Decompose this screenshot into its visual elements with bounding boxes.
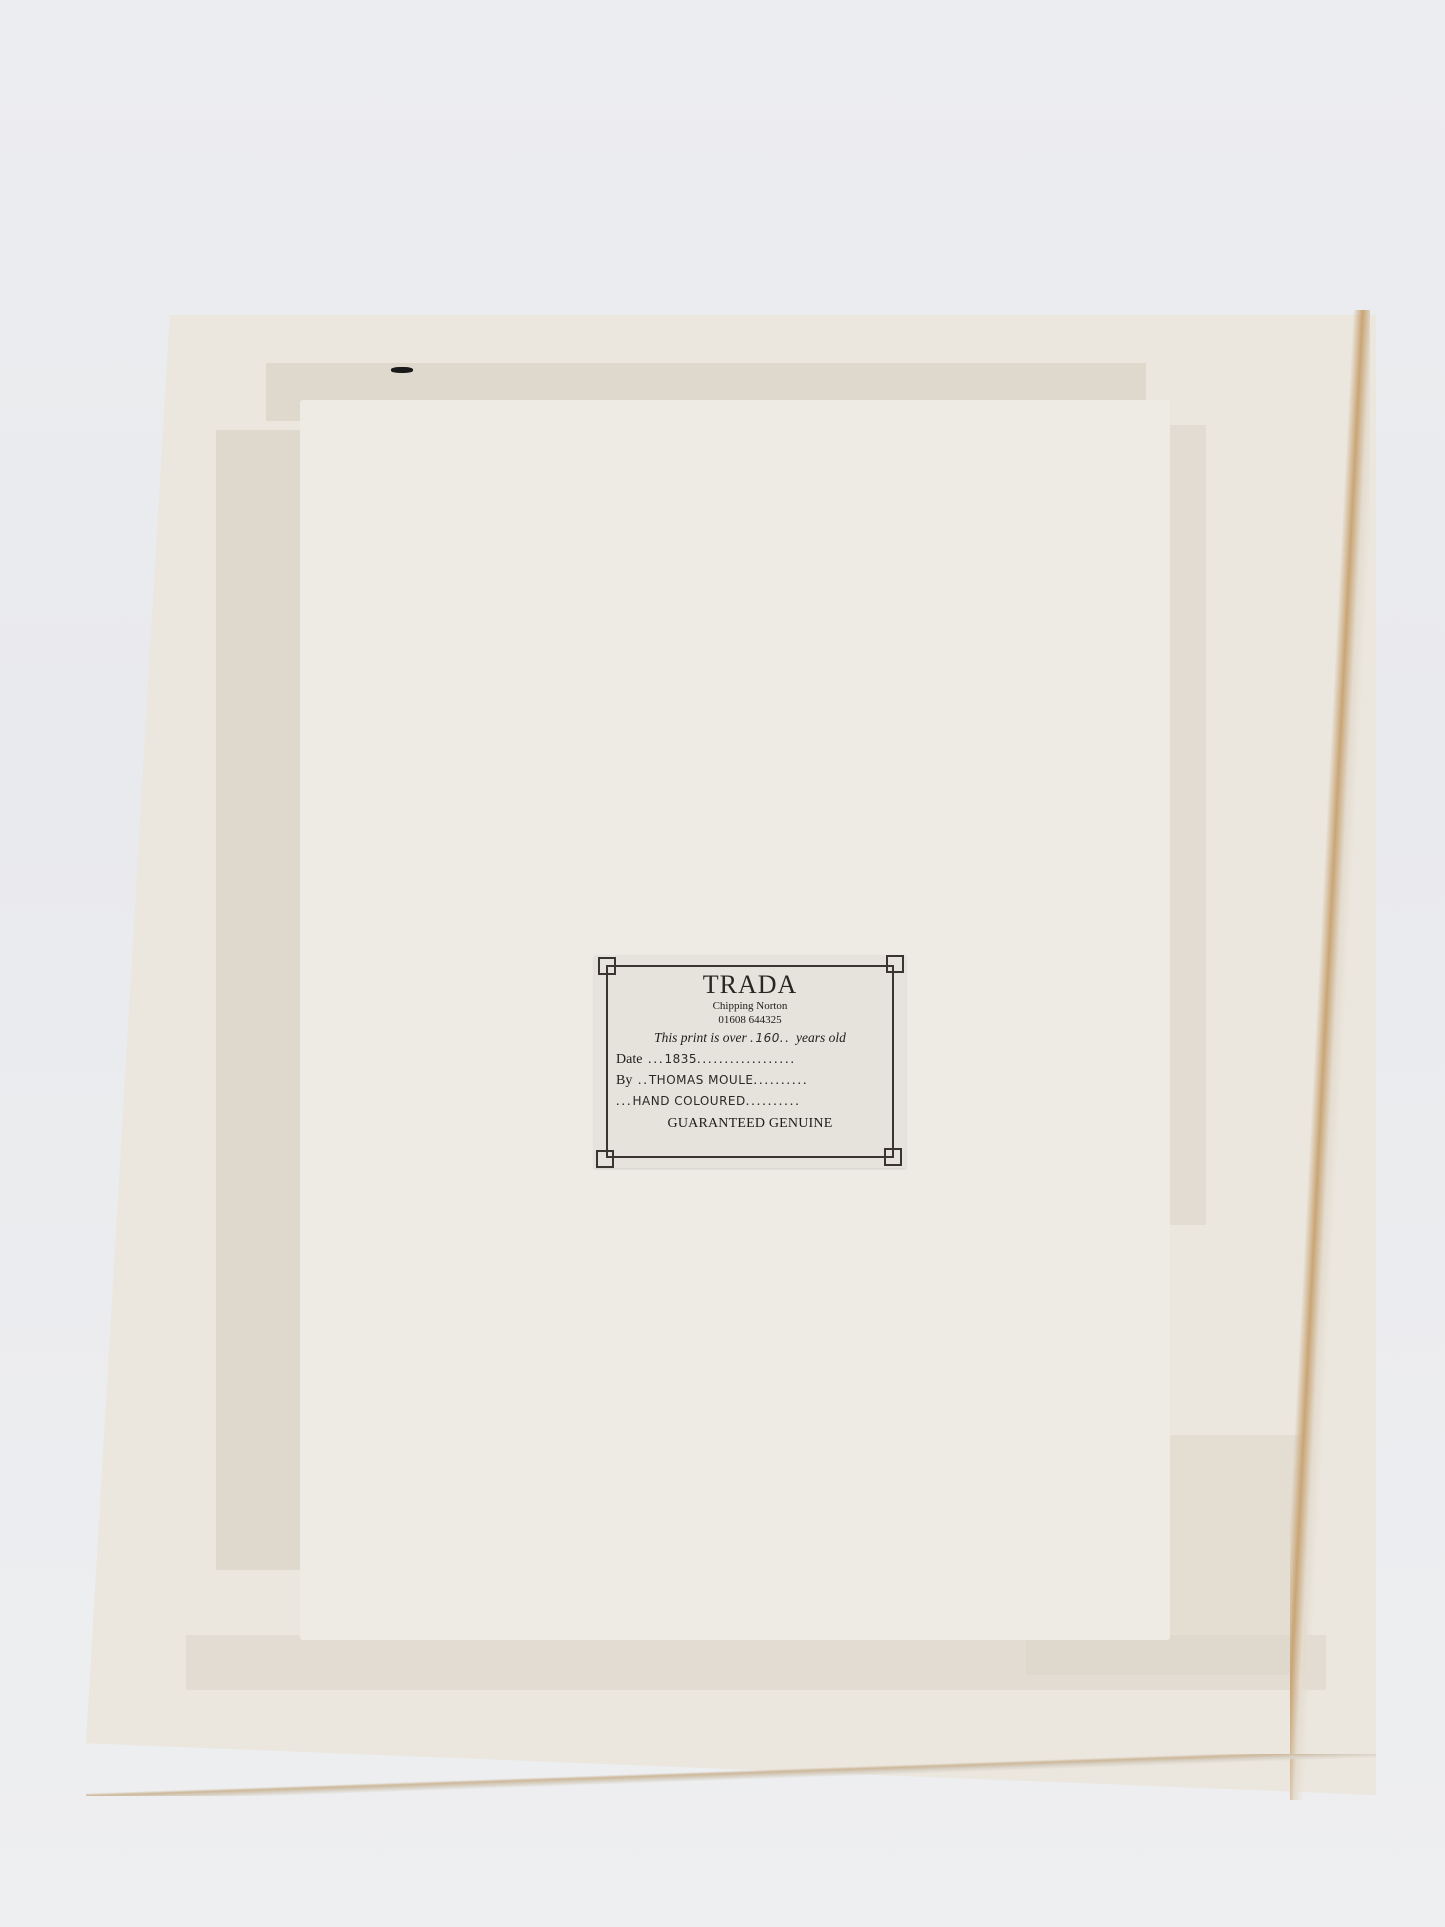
by-label: By [616,1073,632,1088]
dealer-label: TRADA Chipping Norton 01608 644325 This … [594,955,906,1168]
label-footer: GUARANTEED GENUINE [616,1114,884,1134]
label-brand: TRADA [616,971,884,999]
label-age-row: This print is over .160.. years old [616,1027,884,1049]
label-by-row: By ..THOMAS MOULE.......... [616,1070,884,1091]
age-value: 160 [755,1031,779,1045]
date-value: 1835 [664,1052,697,1066]
age-prefix: This print is over [654,1030,747,1045]
tape-strip-left [216,430,306,1570]
label-corner-ornament [886,955,904,973]
date-label: Date [616,1052,642,1067]
ink-mark [391,367,413,373]
note-value: HAND COLOURED [633,1094,746,1108]
label-note-row: ...HAND COLOURED.......... [616,1091,884,1112]
by-value: THOMAS MOULE [649,1073,754,1087]
label-phone: 01608 644325 [616,1013,884,1027]
label-corner-ornament [596,1150,614,1168]
label-location: Chipping Norton [616,999,884,1013]
label-date-row: Date ...1835.................. [616,1049,884,1070]
age-suffix: years old [796,1030,846,1045]
